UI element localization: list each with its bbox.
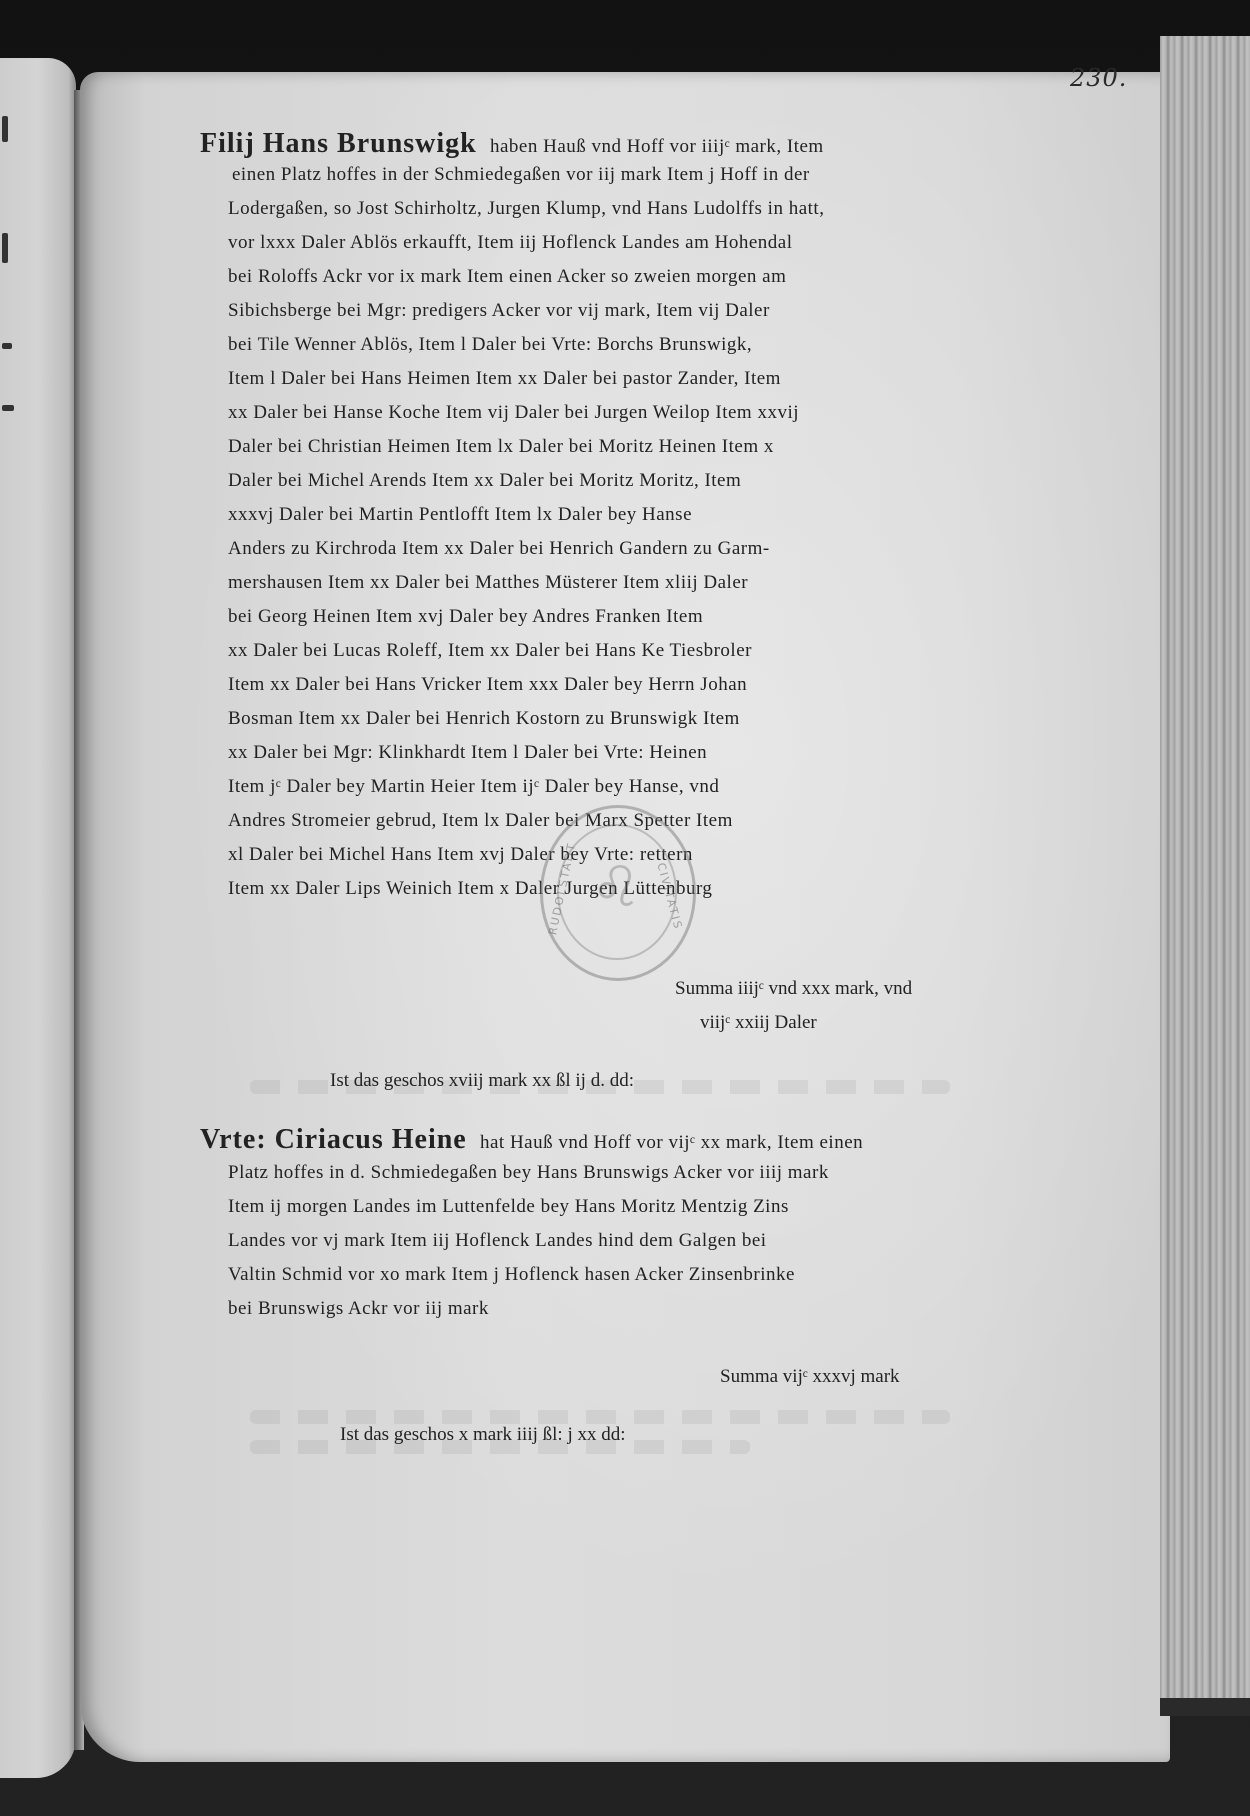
entry-line: bei Roloffs Ackr vor ix mark Item einen … — [228, 266, 786, 288]
entry-heading-line: Vrte: Ciriacus Heine hat Hauß vnd Hoff v… — [200, 1124, 863, 1156]
entry-line: bei Tile Wenner Ablös, Item l Daler bei … — [228, 334, 752, 356]
page-stack-shadow — [1160, 1698, 1250, 1716]
summa-line: viijᶜ xxiij Daler — [700, 1012, 817, 1034]
summa-line: Summa vijᶜ xxxvj mark — [720, 1366, 900, 1388]
entry-line: Bosman Item xx Daler bei Henrich Kostorn… — [228, 708, 740, 730]
entry-line: bei Georg Heinen Item xvj Daler bey Andr… — [228, 606, 703, 628]
entry-line: xx Daler bei Hanse Koche Item vij Daler … — [228, 402, 799, 424]
scan-scene: 230. Filij Hans Brunswigk haben Hauß vnd… — [0, 0, 1250, 1816]
page-stack-edge — [1160, 36, 1250, 1716]
entry-heading-line: Filij Hans Brunswigk haben Hauß vnd Hoff… — [200, 128, 824, 160]
left-page-ink-mark — [2, 116, 8, 142]
summa-line: Summa iiijᶜ vnd xxx mark, vnd — [675, 978, 912, 1000]
entry-line: Valtin Schmid vor xo mark Item j Hoflenc… — [228, 1264, 795, 1286]
entry-line: Platz hoffes in d. Schmiedegaßen bey Han… — [228, 1162, 829, 1184]
entry-line: Sibichsberge bei Mgr: predigers Acker vo… — [228, 300, 770, 322]
entry-line: Daler bei Christian Heimen Item lx Daler… — [228, 436, 774, 458]
archive-seal-stamp: ♌ RUDOLSTADT CIVITATIS — [540, 805, 696, 981]
entry-line: xxxvj Daler bei Martin Pentlofft Item lx… — [228, 504, 692, 526]
left-page-ink-mark — [2, 405, 14, 411]
entry-line: Item xx Daler bei Hans Vricker Item xxx … — [228, 674, 747, 696]
entry-heading: Vrte: Ciriacus Heine — [200, 1124, 467, 1155]
entry-line: Anders zu Kirchroda Item xx Daler bei He… — [228, 538, 770, 560]
left-page-ink-mark — [2, 233, 8, 263]
entry-line: einen Platz hoffes in der Schmiedegaßen … — [232, 164, 810, 186]
entry-line: hat Hauß vnd Hoff vor vijᶜ xx mark, Item… — [480, 1132, 863, 1153]
page-number: 230. — [1070, 64, 1127, 92]
entry-line: Item ij morgen Landes im Luttenfelde bey… — [228, 1196, 789, 1218]
bleed-through — [250, 1410, 950, 1424]
left-page-ink-mark — [2, 343, 12, 349]
entry-line: haben Hauß vnd Hoff vor iiijᶜ mark, Item — [490, 136, 824, 157]
entry-line: xx Daler bei Lucas Roleff, Item xx Daler… — [228, 640, 752, 662]
entry-heading: Filij Hans Brunswigk — [200, 128, 477, 159]
entry-line: vor lxxx Daler Ablös erkaufft, Item iij … — [228, 232, 792, 254]
lion-icon: ♌ — [573, 853, 659, 923]
entry-line: Landes vor vj mark Item iij Hoflenck Lan… — [228, 1230, 767, 1252]
entry-line: Item l Daler bei Hans Heimen Item xx Dal… — [228, 368, 781, 390]
entry-line: xx Daler bei Mgr: Klinkhardt Item l Dale… — [228, 742, 707, 764]
entry-line: Daler bei Michel Arends Item xx Daler be… — [228, 470, 741, 492]
entry-line: Lodergaßen, so Jost Schirholtz, Jurgen K… — [228, 198, 824, 220]
schoss-line: Ist das geschos x mark iiij ßl: j xx dd: — [340, 1424, 626, 1446]
entry-line: Item jᶜ Daler bey Martin Heier Item ijᶜ … — [228, 776, 719, 798]
schoss-line: Ist das geschos xviij mark xx ßl ij d. d… — [330, 1070, 634, 1092]
left-page-edge — [0, 58, 76, 1778]
entry-line: mershausen Item xx Daler bei Matthes Müs… — [228, 572, 748, 594]
entry-line: bei Brunswigs Ackr vor iij mark — [228, 1298, 489, 1320]
